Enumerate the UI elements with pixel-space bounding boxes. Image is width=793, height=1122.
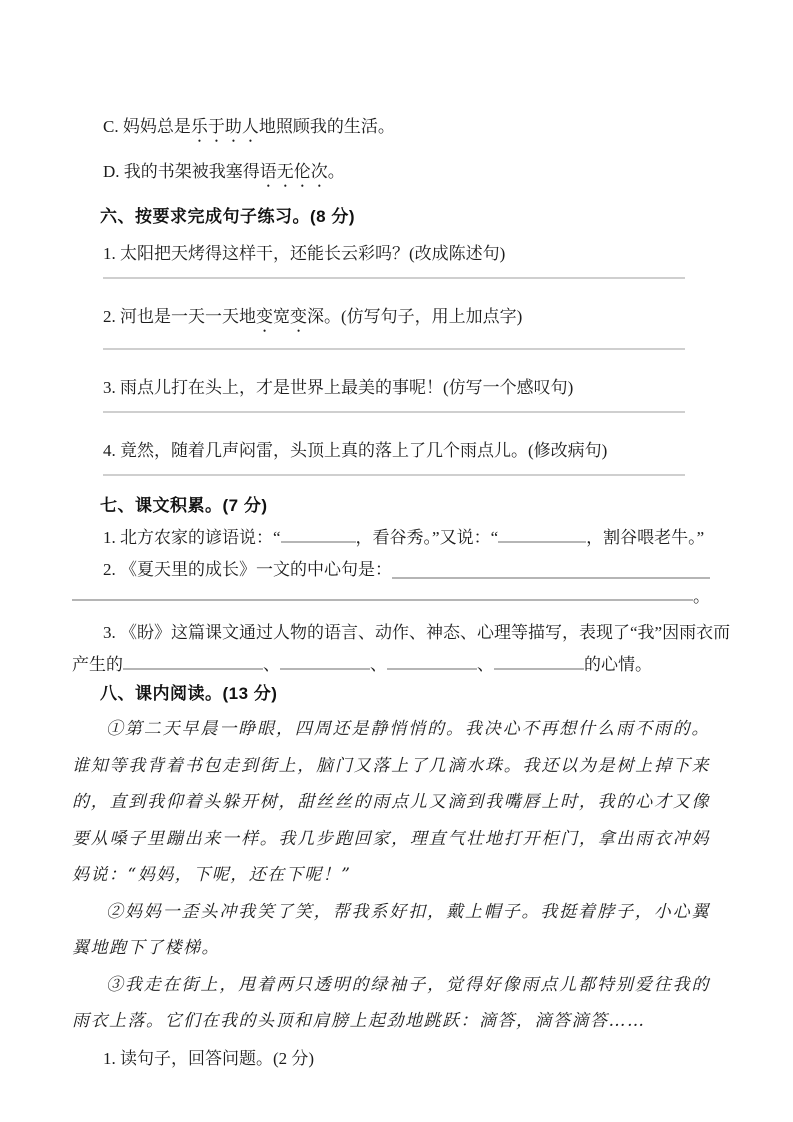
section-6-question-1: 1. 太阳把天烤得这样干，还能长云彩吗？(改成陈述句) <box>72 242 710 265</box>
q2-text: 2. 河也是一天一天地 <box>103 307 256 326</box>
section-7-question-3-line-1: 3. 《盼》这篇课文通过人物的语言、动作、神态、心理等描写，表现了“我”因雨衣而 <box>72 621 710 644</box>
q7-3-sep-1: 、 <box>263 655 280 674</box>
section-7-heading: 七、课文积累。(7 分) <box>72 494 710 517</box>
fill-in-blank <box>387 653 477 670</box>
option-d-emphasized-text: 语无伦次 <box>260 162 328 181</box>
fill-in-line <box>392 558 710 579</box>
fill-in-blank <box>494 653 584 670</box>
option-c-emphasized-text: 乐于助人 <box>191 117 259 136</box>
answer-line-3 <box>103 411 685 413</box>
section-6-heading: 六、按要求完成句子练习。(8 分) <box>72 205 710 228</box>
reading-passage-paragraph-2: ②妈妈一歪头冲我笑了笑，帮我系好扣，戴上帽子。我挺着脖子，小心翼翼地跑下了楼梯。 <box>72 894 710 967</box>
section-6-question-4: 4. 竟然，随着几声闷雷，头顶上真的落上了几个雨点儿。(修改病句) <box>72 439 710 462</box>
section-7-question-1: 1. 北方农家的谚语说：“，看谷秀。”又说：“，割谷喂老牛。” <box>72 526 710 549</box>
section-6-question-3: 3. 雨点儿打在头上，才是世界上最美的事呢！(仿写一个感叹句) <box>72 376 710 399</box>
exam-page: C. 妈妈总是乐于助人地照顾我的生活。 D. 我的书架被我塞得语无伦次。 六、按… <box>0 0 793 1122</box>
option-c-text-end: 地照顾我的生活。 <box>259 117 395 136</box>
q2-emphasized-char-1: 变 <box>256 307 273 326</box>
answer-line-4 <box>103 474 685 476</box>
reading-passage-paragraph-1: ①第二天早晨一睁眼，四周还是静悄悄的。我决心不再想什么雨不雨的。谁知等我背着书包… <box>72 711 710 894</box>
fill-in-blank <box>498 526 586 543</box>
q7-1-text-b: ，看谷秀。”又说：“ <box>356 528 499 547</box>
q2-emphasized-char-2: 变 <box>290 307 307 326</box>
q7-1-text-a: 1. 北方农家的谚语说：“ <box>103 528 281 547</box>
q7-3-sep-3: 、 <box>477 655 494 674</box>
section-7-question-2: 2. 《夏天里的成长》一文的中心句是： <box>72 558 710 581</box>
q7-3-tail: 的心情。 <box>584 655 652 674</box>
option-d-text-end: 。 <box>328 162 345 181</box>
section-7-question-3-line-2: 产生的、、、的心情。 <box>72 653 710 676</box>
fill-in-blank <box>281 526 356 543</box>
q7-3-lead: 产生的 <box>72 655 123 674</box>
q7-1-text-c: ，割谷喂老牛。” <box>586 528 704 547</box>
answer-line-2 <box>103 348 685 350</box>
section-7-question-2-continued: 。 <box>72 585 710 603</box>
q7-2-period: 。 <box>693 585 710 603</box>
fill-in-blank <box>280 653 370 670</box>
option-c-text: C. 妈妈总是 <box>103 117 191 136</box>
q7-2-label: 2. 《夏天里的成长》一文的中心句是： <box>103 558 392 581</box>
fill-in-blank <box>123 653 263 670</box>
fill-in-line-continued <box>72 585 693 601</box>
option-c: C. 妈妈总是乐于助人地照顾我的生活。 <box>72 115 710 146</box>
answer-line-1 <box>103 277 685 279</box>
section-6-question-2: 2. 河也是一天一天地变宽变深。(仿写句子，用上加点字) <box>72 305 710 336</box>
section-8-question-1: 1. 读句子，回答问题。(2 分) <box>72 1047 710 1070</box>
q2-text-end: 深。(仿写句子，用上加点字) <box>307 307 522 326</box>
option-d-text: D. 我的书架被我塞得 <box>103 162 260 181</box>
section-8-heading: 八、课内阅读。(13 分) <box>72 682 710 705</box>
option-d: D. 我的书架被我塞得语无伦次。 <box>72 160 710 191</box>
q7-3-sep-2: 、 <box>370 655 387 674</box>
q2-text-mid: 宽 <box>273 307 290 326</box>
reading-passage-paragraph-3: ③我走在街上，甩着两只透明的绿袖子，觉得好像雨点儿都特别爱往我的雨衣上落。它们在… <box>72 967 710 1040</box>
